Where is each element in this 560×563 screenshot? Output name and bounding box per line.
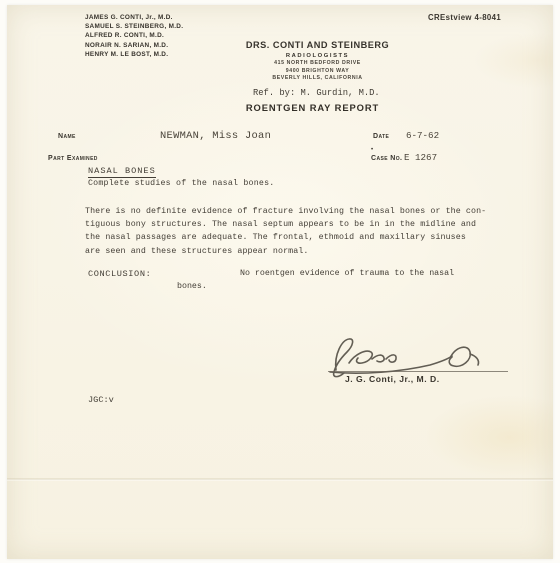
referred-by-line: Ref. by: M. Gurdin, M.D.	[253, 88, 380, 98]
findings-line: are seen and these structures appear nor…	[85, 245, 486, 258]
doctor-list: JAMES G. CONTI, Jr., M.D. SAMUEL S. STEI…	[85, 13, 183, 59]
doctor-name: HENRY M. LE BOST, M.D.	[85, 50, 183, 59]
name-field-label: Name	[58, 133, 76, 140]
letterhead-phone: CREstview 4-8041	[428, 13, 501, 22]
signer-typed-name: J. G. Conti, Jr., M. D.	[345, 374, 440, 384]
practice-name: DRS. CONTI AND STEINBERG	[210, 40, 425, 50]
address-line: 9400 BRIGHTON WAY	[210, 68, 425, 74]
date-field-label: Date	[373, 133, 389, 140]
doctor-name: NORAIR N. SARIAN, M.D.	[85, 41, 183, 50]
findings-line: tiguous bony structures. The nasal septu…	[85, 218, 486, 231]
case-number-label: Case No.	[371, 155, 402, 162]
practice-subtitle: RADIOLOGISTS	[210, 53, 425, 59]
conclusion-text-line2: bones.	[177, 282, 207, 291]
findings-line: There is no definite evidence of fractur…	[85, 205, 486, 218]
case-number-value: E 1267	[404, 152, 437, 163]
doctor-name: JAMES G. CONTI, Jr., M.D.	[85, 13, 183, 22]
stray-dot-mark: •	[371, 147, 373, 153]
doctor-name: ALFRED R. CONTI, M.D.	[85, 31, 183, 40]
patient-name-value: NEWMAN, Miss Joan	[160, 130, 271, 142]
letterhead-center: DRS. CONTI AND STEINBERG RADIOLOGISTS 41…	[210, 40, 425, 81]
typist-initials: JGC:v	[88, 395, 114, 405]
exam-subheading: Complete studies of the nasal bones.	[88, 179, 274, 188]
conclusion-text-line1: No roentgen evidence of trauma to the na…	[240, 269, 454, 278]
doctor-name: SAMUEL S. STEINBERG, M.D.	[85, 22, 183, 31]
signature-rule	[328, 371, 508, 372]
date-value: 6-7-62	[406, 130, 439, 141]
report-title: ROENTGEN RAY REPORT	[210, 102, 415, 113]
paper-fold-crease	[7, 478, 553, 481]
findings-line: the nasal passages are adequate. The fro…	[85, 231, 486, 244]
signature-scrawl	[322, 332, 492, 380]
findings-paragraph: There is no definite evidence of fractur…	[85, 205, 486, 258]
address-line: BEVERLY HILLS, CALIFORNIA	[210, 75, 425, 81]
conclusion-label: CONCLUSION:	[88, 269, 151, 279]
part-examined-label: Part Examined	[48, 155, 98, 162]
scanned-report-page: JAMES G. CONTI, Jr., M.D. SAMUEL S. STEI…	[0, 0, 560, 563]
address-line: 415 NORTH BEDFORD DRIVE	[210, 60, 425, 66]
exam-heading: NASAL BONES	[88, 166, 156, 178]
